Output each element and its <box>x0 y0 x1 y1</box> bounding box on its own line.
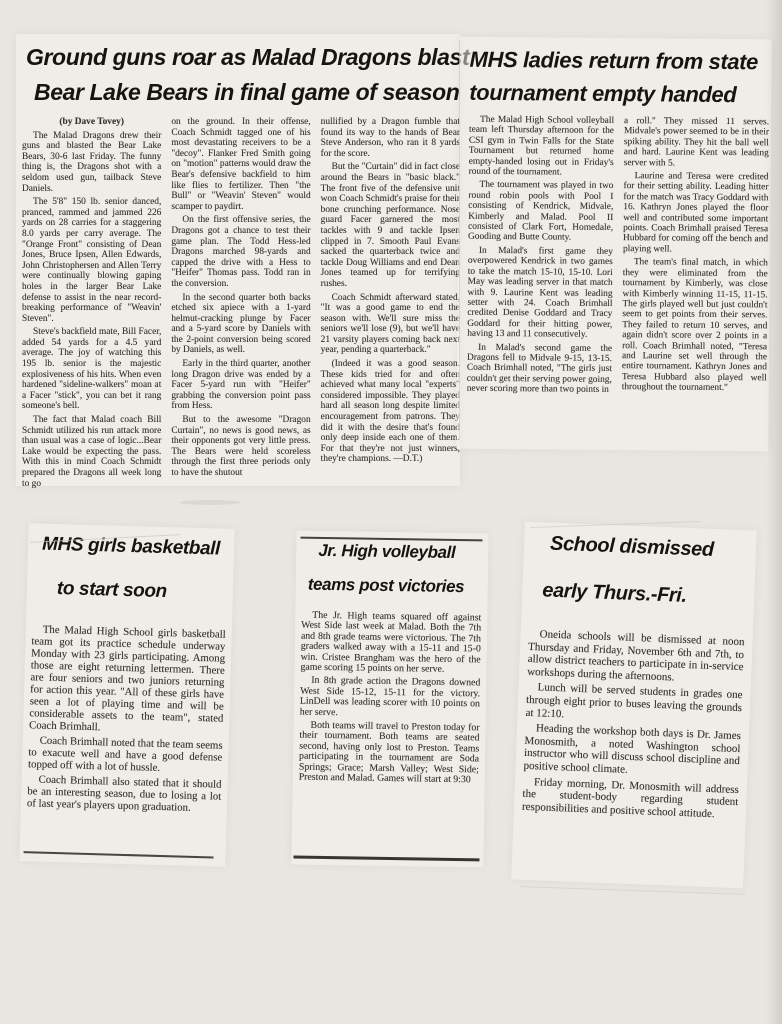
paragraph: The fact that Malad coach Bill Schmidt u… <box>22 415 161 489</box>
paragraph: But the "Curtain" did in fact close arou… <box>321 162 460 289</box>
paragraph: (Indeed it was a good season. These kids… <box>321 359 460 465</box>
article-column-2: a roll." They missed 11 serves. Midvale'… <box>622 116 769 400</box>
article-headline-line1: MHS girls basketball <box>42 534 235 561</box>
paragraph: Oneida schools will be dismissed at noon… <box>527 628 745 687</box>
rule <box>24 851 214 858</box>
article-headline-line1: Jr. High volleyball <box>318 541 488 564</box>
article-headline-line1: School dismissed <box>550 533 757 564</box>
article-state-tournament: MHS ladies return from state tournament … <box>456 37 772 452</box>
paragraph: The 5'8" 150 lb. senior danced, pranced,… <box>22 197 161 324</box>
article-headline-line1: MHS ladies return from state <box>469 47 771 76</box>
torn-edge <box>520 886 745 895</box>
paragraph: The Jr. High teams squared off against W… <box>300 611 481 676</box>
paragraph: Heading the workshop both days is Dr. Ja… <box>523 722 741 781</box>
article-headline-line2: early Thurs.-Fri. <box>542 579 755 610</box>
paragraph: In Malad's first game they overpowered K… <box>467 246 613 341</box>
paragraph: The tournament was played in two round r… <box>468 180 614 244</box>
article-column-1: The Malad High School volleyball team le… <box>467 115 614 399</box>
paragraph: on the ground. In their offense, Coach S… <box>171 117 310 212</box>
newspaper-page: Ground guns roar as Malad Dragons blast … <box>0 0 782 1024</box>
scan-smudge <box>180 500 240 505</box>
paragraph: The team's final match, in which they we… <box>622 257 768 394</box>
scan-smudge <box>414 756 432 764</box>
paragraph: Coach Schmidt afterward stated, "It was … <box>321 293 460 357</box>
article-school-dismissed: School dismissed early Thurs.-Fri. Oneid… <box>511 522 757 889</box>
paragraph: Coach Brimhall noted that the team seems… <box>28 734 223 775</box>
article-headline-line1: Ground guns roar as Malad Dragons blast <box>26 44 460 71</box>
article-headline-line2: to start soon <box>57 578 234 605</box>
article-column-2: on the ground. In their offense, Coach S… <box>171 117 310 492</box>
paragraph: Laurine and Teresa were credited for the… <box>623 171 769 256</box>
article-column-3: nullified by a Dragon fumble that found … <box>321 117 460 492</box>
article-column-1: (by Dave Tovey) The Malad Dragons drew t… <box>22 117 161 492</box>
paragraph: In Malad's second game the Dragons fell … <box>467 342 612 395</box>
paragraph: But to the awesome "Dragon Curtain", no … <box>171 415 310 479</box>
article-headline-line2: tournament empty handed <box>469 80 771 109</box>
article-body: The Jr. High teams squared off against W… <box>299 611 482 786</box>
byline: (by Dave Tovey) <box>22 117 161 128</box>
article-headline-line2: Bear Lake Bears in final game of season <box>34 79 460 106</box>
article-malad-dragons: Ground guns roar as Malad Dragons blast … <box>16 34 460 486</box>
article-body: The Malad High School girls basketball t… <box>27 623 226 814</box>
paragraph: The Malad High School volleyball team le… <box>469 115 615 179</box>
paragraph: The Malad High School girls basketball t… <box>29 623 226 736</box>
paragraph: In 8th grade action the Dragons downed W… <box>300 676 481 720</box>
paragraph: Steve's backfield mate, Bill Facer, adde… <box>22 327 161 412</box>
rule <box>293 856 479 862</box>
paragraph: The Malad Dragons drew their guns and bl… <box>22 131 161 195</box>
article-headline-line2: teams post victories <box>308 575 488 598</box>
paragraph: Lunch will be served students in grades … <box>525 681 742 727</box>
scan-edge-shadow <box>766 0 782 1024</box>
paragraph: On the first offensive series, the Drago… <box>171 215 310 289</box>
clip-edge <box>459 40 460 440</box>
paragraph: Both teams will travel to Preston today … <box>299 721 480 786</box>
paragraph: Early in the third quarter, another long… <box>171 359 310 412</box>
paragraph: nullified by a Dragon fumble that found … <box>321 117 460 159</box>
paragraph: In the second quarter both backs etched … <box>171 293 310 357</box>
article-jr-high-volleyball: Jr. High volleyball teams post victories… <box>291 531 488 868</box>
paragraph: a roll." They missed 11 serves. Midvale'… <box>624 116 769 169</box>
article-body: Oneida schools will be dismissed at noon… <box>522 628 745 821</box>
paragraph: Friday morning, Dr. Monosmith will addre… <box>522 775 739 821</box>
paragraph: Coach Brimhall also stated that it shoul… <box>27 773 222 814</box>
article-girls-basketball: MHS girls basketball to start soon The M… <box>19 523 234 867</box>
